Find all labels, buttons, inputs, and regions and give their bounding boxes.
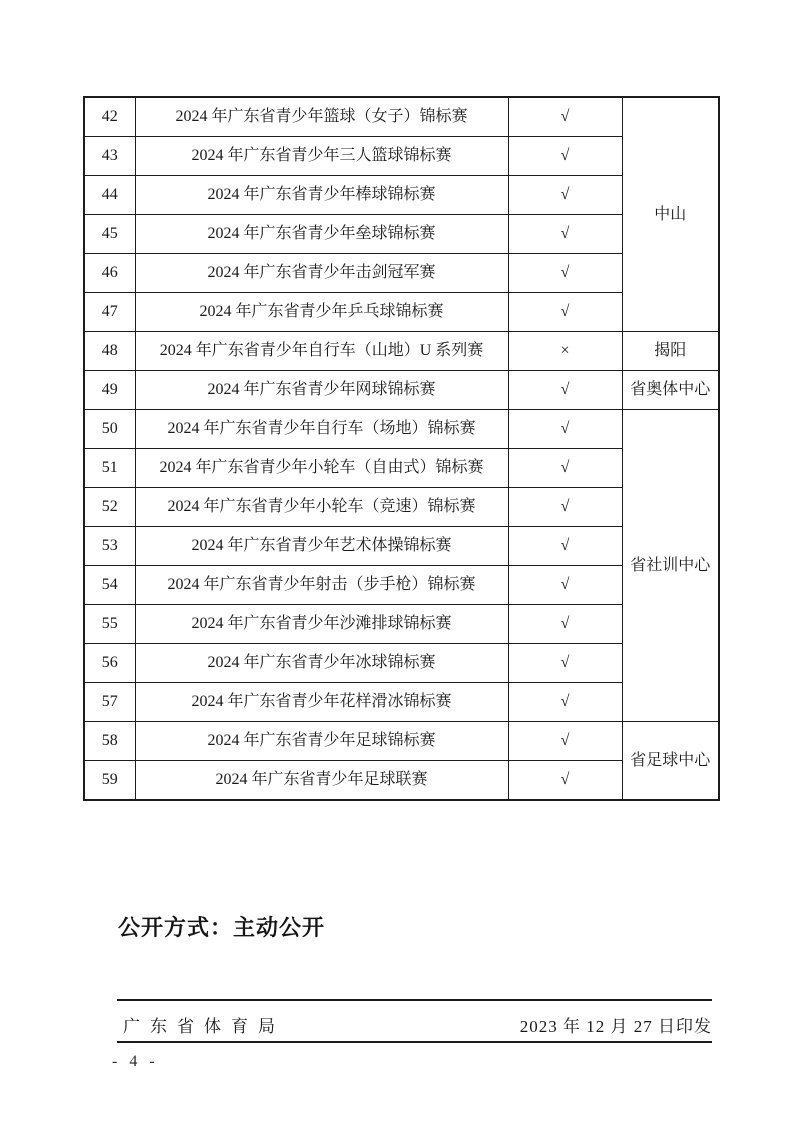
row-number-cell: 43 xyxy=(84,137,135,176)
imprint-row: 广东省体育局 2023 年 12 月 27 日印发 xyxy=(117,1012,712,1037)
table-row: 492024 年广东省青少年网球锦标赛√省奥体中心 xyxy=(84,371,719,410)
approval-mark-cell: √ xyxy=(508,722,622,761)
event-name-cell: 2024 年广东省青少年篮球（女子）锦标赛 xyxy=(135,97,508,137)
disclosure-method-line: 公开方式：主动公开 xyxy=(118,911,325,942)
row-number-cell: 48 xyxy=(84,332,135,371)
row-number-cell: 57 xyxy=(84,683,135,722)
event-name-cell: 2024 年广东省青少年冰球锦标赛 xyxy=(135,644,508,683)
event-name-cell: 2024 年广东省青少年乒乓球锦标赛 xyxy=(135,293,508,332)
event-name-cell: 2024 年广东省青少年艺术体操锦标赛 xyxy=(135,527,508,566)
event-name-cell: 2024 年广东省青少年小轮车（竞速）锦标赛 xyxy=(135,488,508,527)
event-name-cell: 2024 年广东省青少年自行车（场地）锦标赛 xyxy=(135,410,508,449)
approval-mark-cell: √ xyxy=(508,527,622,566)
row-number-cell: 54 xyxy=(84,566,135,605)
event-name-cell: 2024 年广东省青少年沙滩排球锦标赛 xyxy=(135,605,508,644)
row-number-cell: 49 xyxy=(84,371,135,410)
row-number-cell: 44 xyxy=(84,176,135,215)
table-row: 482024 年广东省青少年自行车（山地）U 系列赛×揭阳 xyxy=(84,332,719,371)
row-number-cell: 46 xyxy=(84,254,135,293)
event-name-cell: 2024 年广东省青少年棒球锦标赛 xyxy=(135,176,508,215)
row-number-cell: 47 xyxy=(84,293,135,332)
event-name-cell: 2024 年广东省青少年三人篮球锦标赛 xyxy=(135,137,508,176)
approval-mark-cell: √ xyxy=(508,410,622,449)
event-name-cell: 2024 年广东省青少年足球锦标赛 xyxy=(135,722,508,761)
table-row: 502024 年广东省青少年自行车（场地）锦标赛√省社训中心 xyxy=(84,410,719,449)
event-name-cell: 2024 年广东省青少年足球联赛 xyxy=(135,761,508,801)
row-number-cell: 56 xyxy=(84,644,135,683)
approval-mark-cell: √ xyxy=(508,176,622,215)
approval-mark-cell: √ xyxy=(508,449,622,488)
issue-date: 2023 年 12 月 27 日印发 xyxy=(520,1012,712,1037)
approval-mark-cell: √ xyxy=(508,644,622,683)
approval-mark-cell: √ xyxy=(508,215,622,254)
approval-mark-cell: √ xyxy=(508,137,622,176)
approval-mark-cell: √ xyxy=(508,761,622,801)
page-number: - 4 - xyxy=(112,1053,159,1071)
row-number-cell: 59 xyxy=(84,761,135,801)
host-location-cell: 省社训中心 xyxy=(622,410,719,722)
host-location-cell: 省足球中心 xyxy=(622,722,719,801)
host-location-cell: 揭阳 xyxy=(622,332,719,371)
approval-mark-cell: √ xyxy=(508,566,622,605)
events-table: 422024 年广东省青少年篮球（女子）锦标赛√中山432024 年广东省青少年… xyxy=(83,96,720,801)
table-row: 582024 年广东省青少年足球锦标赛√省足球中心 xyxy=(84,722,719,761)
event-name-cell: 2024 年广东省青少年网球锦标赛 xyxy=(135,371,508,410)
row-number-cell: 42 xyxy=(84,97,135,137)
event-name-cell: 2024 年广东省青少年小轮车（自由式）锦标赛 xyxy=(135,449,508,488)
event-name-cell: 2024 年广东省青少年自行车（山地）U 系列赛 xyxy=(135,332,508,371)
table-row: 422024 年广东省青少年篮球（女子）锦标赛√中山 xyxy=(84,97,719,137)
row-number-cell: 53 xyxy=(84,527,135,566)
approval-mark-cell: √ xyxy=(508,371,622,410)
event-name-cell: 2024 年广东省青少年花样滑冰锦标赛 xyxy=(135,683,508,722)
host-location-cell: 省奥体中心 xyxy=(622,371,719,410)
document-page: 422024 年广东省青少年篮球（女子）锦标赛√中山432024 年广东省青少年… xyxy=(0,0,800,1133)
imprint-rule-top xyxy=(117,999,712,1001)
approval-mark-cell: × xyxy=(508,332,622,371)
host-location-cell: 中山 xyxy=(622,97,719,332)
row-number-cell: 52 xyxy=(84,488,135,527)
event-name-cell: 2024 年广东省青少年射击（步手枪）锦标赛 xyxy=(135,566,508,605)
row-number-cell: 50 xyxy=(84,410,135,449)
event-name-cell: 2024 年广东省青少年垒球锦标赛 xyxy=(135,215,508,254)
approval-mark-cell: √ xyxy=(508,97,622,137)
imprint-rule-bottom xyxy=(117,1041,712,1043)
approval-mark-cell: √ xyxy=(508,293,622,332)
approval-mark-cell: √ xyxy=(508,683,622,722)
issuing-agency: 广东省体育局 xyxy=(117,1012,285,1037)
row-number-cell: 45 xyxy=(84,215,135,254)
row-number-cell: 51 xyxy=(84,449,135,488)
row-number-cell: 55 xyxy=(84,605,135,644)
approval-mark-cell: √ xyxy=(508,254,622,293)
row-number-cell: 58 xyxy=(84,722,135,761)
event-name-cell: 2024 年广东省青少年击剑冠军赛 xyxy=(135,254,508,293)
approval-mark-cell: √ xyxy=(508,605,622,644)
approval-mark-cell: √ xyxy=(508,488,622,527)
